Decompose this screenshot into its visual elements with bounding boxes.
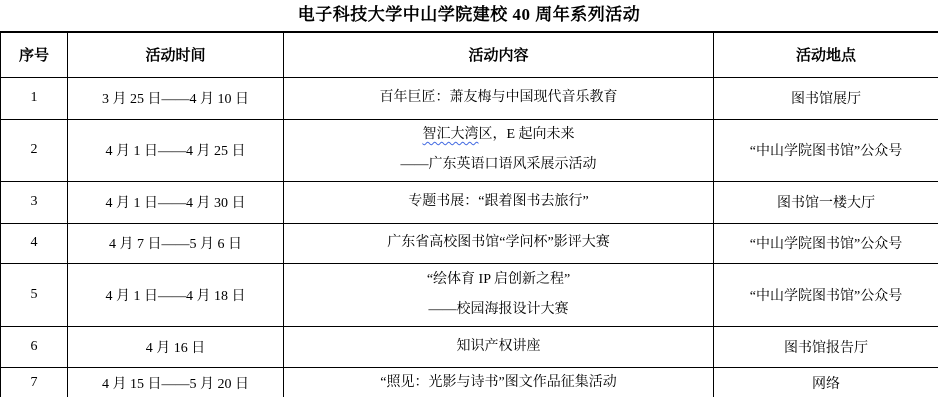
table-row: 24 月 1 日——4 月 25 日智汇大湾区，E 起向未来——广东英语口语风采…: [1, 119, 938, 181]
cell-activity-location: 图书馆一楼大厅: [714, 181, 938, 223]
header-cell: 活动时间: [68, 32, 284, 77]
cell-serial-number: 1: [1, 77, 68, 119]
cell-activity-location: “中山学院图书馆”公众号: [714, 223, 938, 263]
content-line: 专题书展：“跟着图书去旅行”: [288, 187, 709, 217]
cell-activity-location: 网络: [714, 367, 938, 397]
cell-activity-content: 百年巨匠：萧友梅与中国现代音乐教育: [284, 77, 714, 119]
events-table: 序号活动时间活动内容活动地点 13 月 25 日——4 月 10 日百年巨匠：萧…: [0, 31, 938, 397]
cell-activity-content: 智汇大湾区，E 起向未来——广东英语口语风采展示活动: [284, 119, 714, 181]
document-page: 电子科技大学中山学院建校 40 周年系列活动 序号活动时间活动内容活动地点 13…: [0, 0, 938, 397]
cell-activity-content: “绘体育 IP 启创新之程”——校园海报设计大赛: [284, 263, 714, 326]
cell-activity-time: 3 月 25 日——4 月 10 日: [68, 77, 284, 119]
content-line: ——广东英语口语风采展示活动: [288, 150, 709, 180]
cell-serial-number: 3: [1, 181, 68, 223]
cell-serial-number: 6: [1, 326, 68, 367]
header-cell: 活动地点: [714, 32, 938, 77]
page-title: 电子科技大学中山学院建校 40 周年系列活动: [0, 0, 938, 31]
cell-activity-content: 广东省高校图书馆“学问杯”影评大赛: [284, 223, 714, 263]
table-row: 44 月 7 日——5 月 6 日广东省高校图书馆“学问杯”影评大赛“中山学院图…: [1, 223, 938, 263]
header-cell: 活动内容: [284, 32, 714, 77]
content-line: 百年巨匠：萧友梅与中国现代音乐教育: [288, 83, 709, 113]
table-header-row: 序号活动时间活动内容活动地点: [1, 32, 938, 77]
cell-activity-time: 4 月 1 日——4 月 30 日: [68, 181, 284, 223]
cell-activity-content: “照见：光影与诗书”图文作品征集活动: [284, 367, 714, 397]
header-cell: 序号: [1, 32, 68, 77]
cell-activity-time: 4 月 1 日——4 月 18 日: [68, 263, 284, 326]
table-row: 54 月 1 日——4 月 18 日“绘体育 IP 启创新之程”——校园海报设计…: [1, 263, 938, 326]
content-line: “照见：光影与诗书”图文作品征集活动: [288, 368, 709, 397]
cell-serial-number: 5: [1, 263, 68, 326]
content-line: 广东省高校图书馆“学问杯”影评大赛: [288, 228, 709, 258]
content-line: ——校园海报设计大赛: [288, 295, 709, 325]
table-row: 34 月 1 日——4 月 30 日专题书展：“跟着图书去旅行”图书馆一楼大厅: [1, 181, 938, 223]
content-line: 智汇大湾区，E 起向未来: [288, 120, 709, 150]
cell-activity-time: 4 月 7 日——5 月 6 日: [68, 223, 284, 263]
cell-activity-location: 图书馆展厅: [714, 77, 938, 119]
cell-activity-time: 4 月 1 日——4 月 25 日: [68, 119, 284, 181]
table-row: 64 月 16 日知识产权讲座图书馆报告厅: [1, 326, 938, 367]
cell-activity-time: 4 月 15 日——5 月 20 日: [68, 367, 284, 397]
table-row: 74 月 15 日——5 月 20 日“照见：光影与诗书”图文作品征集活动网络: [1, 367, 938, 397]
cell-activity-content: 专题书展：“跟着图书去旅行”: [284, 181, 714, 223]
content-line: “绘体育 IP 启创新之程”: [288, 265, 709, 295]
table-row: 13 月 25 日——4 月 10 日百年巨匠：萧友梅与中国现代音乐教育图书馆展…: [1, 77, 938, 119]
cell-serial-number: 2: [1, 119, 68, 181]
cell-activity-time: 4 月 16 日: [68, 326, 284, 367]
cell-serial-number: 4: [1, 223, 68, 263]
cell-activity-location: “中山学院图书馆”公众号: [714, 263, 938, 326]
cell-serial-number: 7: [1, 367, 68, 397]
cell-activity-location: 图书馆报告厅: [714, 326, 938, 367]
cell-activity-content: 知识产权讲座: [284, 326, 714, 367]
content-line: 知识产权讲座: [288, 332, 709, 362]
cell-activity-location: “中山学院图书馆”公众号: [714, 119, 938, 181]
spellcheck-underline-text: 智汇大湾: [422, 127, 478, 142]
